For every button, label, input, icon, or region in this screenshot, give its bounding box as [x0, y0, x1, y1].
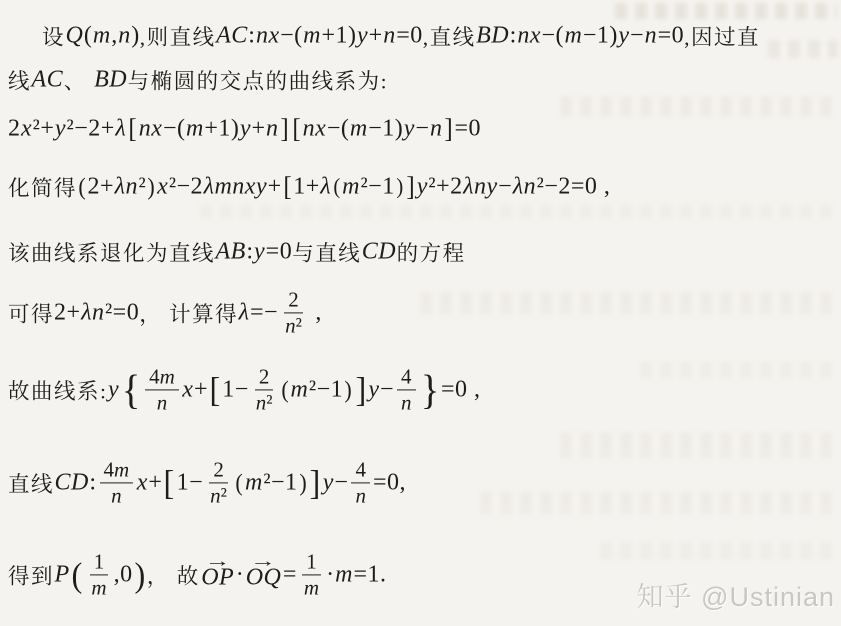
- math-text: ,0: [114, 562, 133, 589]
- math-text: BD:nx−(m−1)y−n=0: [476, 23, 684, 50]
- big-bracket: (: [333, 176, 340, 198]
- math-text: y²+2λny−λn²−2=0 ,: [416, 174, 610, 201]
- cjk-text: 线: [8, 65, 31, 96]
- math-text: BD: [94, 67, 128, 94]
- fraction: 1m: [87, 550, 110, 599]
- cjk-text: 设: [42, 21, 65, 52]
- big-bracket: [: [292, 115, 301, 142]
- cjk-text: 直线: [8, 468, 54, 499]
- vector-oq: OQ: [245, 559, 282, 592]
- math-text: =0 ,: [441, 377, 481, 404]
- cjk-text: ，: [139, 298, 169, 329]
- big-bracket: ): [344, 378, 352, 402]
- math-text: =0: [455, 115, 482, 142]
- line-9: 得到P(1m,0)， 故OP·OQ=1m·m=1.: [8, 550, 386, 599]
- big-bracket: ): [299, 471, 307, 495]
- fraction: 2n²: [252, 365, 277, 414]
- line-6: 可得2+λn²=0， 计算得λ=−2n² ,: [8, 288, 322, 337]
- math-text: y−: [368, 377, 394, 404]
- big-bracket: ]: [310, 465, 321, 500]
- math-text: nx−(m+1)y+n: [138, 115, 279, 142]
- math-text: 1−: [222, 377, 249, 404]
- big-bracket: (: [78, 175, 86, 199]
- big-bracket: [: [164, 465, 175, 500]
- cjk-text: 该曲线系退化为直线: [8, 237, 215, 268]
- math-text: AC: [31, 67, 64, 94]
- cjk-text: 与椭圆的交点的曲线系为:: [128, 65, 388, 96]
- big-bracket: ]: [406, 173, 415, 200]
- math-text: y−: [322, 470, 348, 497]
- cjk-text: 与直线: [292, 237, 361, 268]
- scanned-document-page: 设Q(m,n),则直线AC:nx−(m+1)y+n=0,直线BD:nx−(m−1…: [0, 0, 841, 626]
- watermark-text: 知乎 @Ustinian: [637, 582, 835, 612]
- big-bracket: ): [396, 176, 403, 198]
- fraction: 1m: [300, 550, 323, 599]
- math-text: AC:nx−(m+1)y+n=0: [216, 23, 423, 50]
- cjk-text: ,因过直: [684, 21, 760, 52]
- big-bracket: ]: [280, 115, 289, 142]
- math-text: x+: [182, 377, 208, 404]
- big-bracket: ): [148, 175, 156, 199]
- big-bracket: ): [134, 557, 145, 592]
- big-bracket: [: [283, 173, 292, 200]
- cjk-text: ，: [147, 560, 177, 591]
- fraction: 2n²: [206, 458, 231, 507]
- math-text: m²−1: [290, 377, 343, 404]
- math-text: 1−: [177, 470, 204, 497]
- cjk-text: 的方程: [397, 237, 466, 268]
- math-solution-text: 设Q(m,n),则直线AC:nx−(m+1)y+n=0,直线BD:nx−(m−1…: [0, 0, 841, 626]
- math-text: m²−1: [244, 470, 297, 497]
- line-7: 故曲线系:y{4mnx+[1−2n²(m²−1)]y−4n}=0 ,: [8, 365, 481, 414]
- line-8: 直线CD:4mnx+[1−2n²(m²−1)]y−4n=0,: [8, 458, 406, 507]
- math-text: x+: [136, 470, 162, 497]
- math-text: λ=−: [238, 300, 278, 327]
- cjk-text: ,则直线: [140, 21, 216, 52]
- math-text: 2x²+y²−2+λ: [8, 115, 127, 142]
- math-text: 1+λ: [293, 174, 331, 201]
- math-text: x²−2λmnxy+: [157, 174, 282, 201]
- fraction: 4mn: [145, 365, 179, 414]
- math-text: ·m=1.: [326, 562, 386, 589]
- cjk-text: 化简得: [8, 172, 77, 203]
- cjk-text: ,直线: [423, 21, 476, 52]
- big-bracket: (: [281, 378, 289, 402]
- big-bracket: (: [235, 471, 243, 495]
- math-text: =0,: [373, 470, 406, 497]
- math-text: AB:y=0: [215, 239, 292, 266]
- big-bracket: ]: [444, 115, 453, 142]
- cjk-text: 、: [64, 65, 94, 96]
- math-text: nx−(m−1)y−n: [302, 115, 443, 142]
- math-text: 2+λn²=0: [54, 300, 139, 327]
- cjk-text: 故曲线系:: [8, 375, 107, 406]
- math-text: P: [54, 562, 70, 589]
- line-5: 该曲线系退化为直线AB:y=0与直线CD的方程: [8, 237, 466, 268]
- math-text: ,: [309, 300, 322, 327]
- math-text: Q(m,n): [65, 23, 140, 50]
- vector-op: OP: [201, 559, 235, 592]
- fraction: 4n: [397, 365, 416, 414]
- big-bracket: [: [128, 115, 137, 142]
- fraction: 2n²: [281, 288, 306, 337]
- big-bracket: [: [209, 372, 220, 407]
- cjk-text: 得到: [8, 560, 54, 591]
- math-text: 2+λn²: [88, 174, 147, 201]
- big-bracket: (: [72, 557, 83, 592]
- zhihu-watermark: 知乎 @Ustinian: [637, 575, 835, 614]
- cjk-text: 可得: [8, 298, 54, 329]
- math-text: CD:: [54, 470, 97, 497]
- big-bracket: }: [420, 369, 439, 411]
- fraction: 4n: [351, 458, 370, 507]
- math-text: m²−1: [342, 174, 395, 201]
- line-3: 2x²+y²−2+λ[nx−(m+1)y+n][nx−(m−1)y−n]=0: [8, 115, 481, 142]
- fraction: 4mn: [100, 458, 134, 507]
- big-bracket: {: [121, 369, 140, 411]
- line-1: 设Q(m,n),则直线AC:nx−(m+1)y+n=0,直线BD:nx−(m−1…: [42, 21, 760, 52]
- line-2: 线AC、 BD与椭圆的交点的曲线系为:: [8, 65, 388, 96]
- line-4: 化简得(2+λn²)x²−2λmnxy+[1+λ(m²−1)]y²+2λny−λ…: [8, 172, 610, 203]
- big-bracket: ]: [355, 372, 366, 407]
- math-text: CD: [361, 239, 396, 266]
- math-text: y: [107, 377, 119, 404]
- cjk-text: 计算得: [169, 298, 238, 329]
